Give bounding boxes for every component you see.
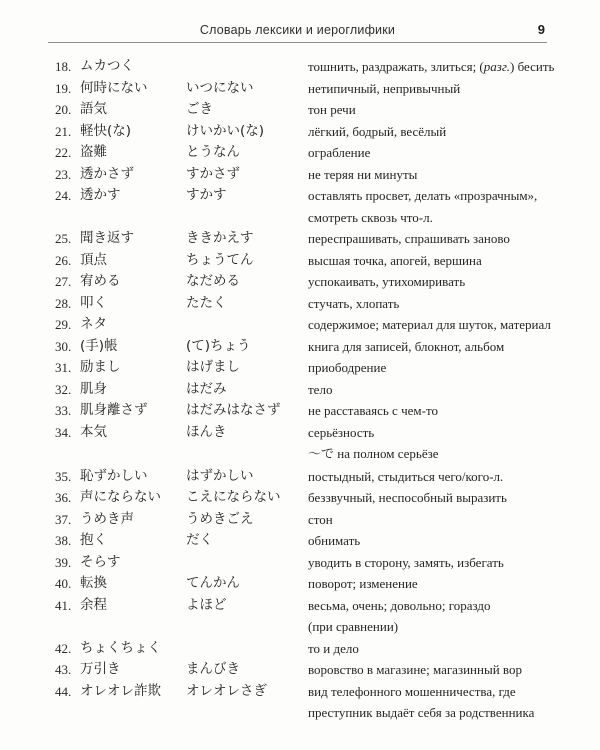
translation-line: тело [308, 379, 578, 401]
reading-kana: よほど [186, 595, 308, 638]
japanese-word: 抱く [80, 530, 186, 552]
translation-line: не теряя ни минуты [308, 164, 578, 186]
entry-number: 20. [55, 99, 80, 121]
translation-line: весьма, очень; довольно; гораздо [308, 595, 578, 617]
reading-kana: たたく [186, 293, 308, 315]
japanese-word: 何時にない [80, 78, 186, 100]
translation-line: оставлять просвет, делать «прозрачным», [308, 185, 578, 207]
translation-line: поворот; изменение [308, 573, 578, 595]
reading-kana: とうなん [186, 142, 308, 164]
translation-line: ограбление [308, 142, 578, 164]
translation-line: тон речи [308, 99, 578, 121]
japanese-word: 軽快(な) [80, 121, 186, 143]
translation-line: то и дело [308, 638, 578, 660]
vocab-entry: 18. ムカつく тошнить, раздражать, злиться; (… [55, 56, 590, 78]
vocab-entry: 38. 抱く だく обнимать [55, 530, 590, 552]
reading-kana: はげまし [186, 357, 308, 379]
vocab-entry: 32. 肌身 はだみ тело [55, 379, 590, 401]
russian-translation: не расставаясь с чем-то [308, 400, 578, 422]
russian-translation: уводить в сторону, замять, избегать [308, 552, 578, 574]
russian-translation: ограбление [308, 142, 578, 164]
vocab-entry: 31. 励まし はげまし приободрение [55, 357, 590, 379]
russian-translation: книга для записей, блокнот, альбом [308, 336, 578, 358]
vocab-entry: 20. 語気 ごき тон речи [55, 99, 590, 121]
russian-translation: высшая точка, апогей, вершина [308, 250, 578, 272]
translation-line: успокаивать, утихомиривать [308, 271, 578, 293]
entry-number: 26. [55, 250, 80, 272]
vocab-entry: 40. 転換 てんかん поворот; изменение [55, 573, 590, 595]
japanese-word: ちょくちょく [80, 638, 186, 660]
russian-translation: беззвучный, неспособный выразить [308, 487, 578, 509]
japanese-word: ムカつく [80, 56, 186, 78]
entry-number: 39. [55, 552, 80, 574]
header-title: Словарь лексики и иероглифики [48, 23, 547, 37]
reading-kana: はだみはなさず [186, 400, 308, 422]
entry-number: 21. [55, 121, 80, 143]
entry-number: 38. [55, 530, 80, 552]
entry-number: 28. [55, 293, 80, 315]
russian-translation: стучать, хлопать [308, 293, 578, 315]
translation-line: нетипичный, непривычный [308, 78, 578, 100]
japanese-word: 恥ずかしい [80, 466, 186, 488]
entry-number: 18. [55, 56, 80, 78]
vocab-entry: 34. 本気 ほんき серьёзность～で на полном серьё… [55, 422, 590, 466]
running-header: Словарь лексики и иероглифики 9 [48, 22, 547, 40]
russian-translation: весьма, очень; довольно; гораздо(при сра… [308, 595, 578, 638]
vocab-entry: 33. 肌身離さず はだみはなさず не расставаясь с чем-т… [55, 400, 590, 422]
reading-kana [186, 56, 308, 78]
header-rule [48, 42, 547, 43]
document-page: Словарь лексики и иероглифики 9 18. ムカつく… [0, 0, 600, 750]
reading-kana: けいかい(な) [186, 121, 308, 143]
translation-line: ～で на полном серьёзе [308, 443, 578, 466]
japanese-word: 叩く [80, 293, 186, 315]
vocab-entry: 30. (手)帳 (て)ちょう книга для записей, блокн… [55, 336, 590, 358]
russian-translation: оставлять просвет, делать «прозрачным»,с… [308, 185, 578, 228]
russian-translation: нетипичный, непривычный [308, 78, 578, 100]
japanese-word: 頂点 [80, 250, 186, 272]
reading-kana: なだめる [186, 271, 308, 293]
reading-kana: こえにならない [186, 487, 308, 509]
entry-number: 25. [55, 228, 80, 250]
translation-line: преступник выдаёт себя за родственника [308, 702, 578, 724]
vocab-entry: 23. 透かさず すかさず не теряя ни минуты [55, 164, 590, 186]
vocab-entry: 19. 何時にない いつにない нетипичный, непривычный [55, 78, 590, 100]
entry-number: 23. [55, 164, 80, 186]
translation-line: вид телефонного мошенничества, где [308, 681, 578, 703]
reading-kana: (て)ちょう [186, 336, 308, 358]
japanese-word: うめき声 [80, 509, 186, 531]
page-number: 9 [538, 22, 545, 37]
russian-translation: переспрашивать, спрашивать заново [308, 228, 578, 250]
entry-number: 31. [55, 357, 80, 379]
vocab-entry: 22. 盗難 とうなん ограбление [55, 142, 590, 164]
japanese-word: そらす [80, 552, 186, 574]
japanese-word: 語気 [80, 99, 186, 121]
russian-translation: серьёзность～で на полном серьёзе [308, 422, 578, 466]
vocab-entry: 26. 頂点 ちょうてん высшая точка, апогей, верши… [55, 250, 590, 272]
entry-number: 40. [55, 573, 80, 595]
reading-kana [186, 638, 308, 660]
japanese-word: (手)帳 [80, 336, 186, 358]
entry-number: 22. [55, 142, 80, 164]
translation-line: книга для записей, блокнот, альбом [308, 336, 578, 358]
vocab-entry: 44. オレオレ詐欺 オレオレさぎ вид телефонного мошенн… [55, 681, 590, 724]
russian-translation: вид телефонного мошенничества, гдепресту… [308, 681, 578, 724]
entry-number: 36. [55, 487, 80, 509]
reading-kana: はだみ [186, 379, 308, 401]
translation-line: (при сравнении) [308, 616, 578, 638]
russian-translation: тошнить, раздражать, злиться; (разг.) бе… [308, 56, 578, 78]
vocab-entry: 35. 恥ずかしい はずかしい постыдный, стыдиться чег… [55, 466, 590, 488]
translation-line: приободрение [308, 357, 578, 379]
russian-translation: лёгкий, бодрый, весёлый [308, 121, 578, 143]
reading-kana: すかさず [186, 164, 308, 186]
entry-number: 44. [55, 681, 80, 724]
vocab-entry: 36. 声にならない こえにならない беззвучный, неспособн… [55, 487, 590, 509]
russian-translation: обнимать [308, 530, 578, 552]
reading-kana: うめきごえ [186, 509, 308, 531]
japanese-word: 励まし [80, 357, 186, 379]
russian-translation: приободрение [308, 357, 578, 379]
russian-translation: воровство в магазине; магазинный вор [308, 659, 578, 681]
translation-line: обнимать [308, 530, 578, 552]
japanese-word: 本気 [80, 422, 186, 466]
translation-line: тошнить, раздражать, злиться; (разг.) бе… [308, 56, 578, 78]
reading-kana [186, 552, 308, 574]
entry-number: 27. [55, 271, 80, 293]
translation-line: уводить в сторону, замять, избегать [308, 552, 578, 574]
translation-line: стучать, хлопать [308, 293, 578, 315]
vocab-entry: 25. 聞き返す ききかえす переспрашивать, спрашиват… [55, 228, 590, 250]
entry-number: 34. [55, 422, 80, 466]
reading-kana: オレオレさぎ [186, 681, 308, 724]
reading-kana [186, 314, 308, 336]
entry-number: 32. [55, 379, 80, 401]
reading-kana: すかす [186, 185, 308, 228]
japanese-word: 透かさず [80, 164, 186, 186]
vocab-entry: 43. 万引き まんびき воровство в магазине; магаз… [55, 659, 590, 681]
japanese-word: 肌身 [80, 379, 186, 401]
russian-translation: содержимое; материал для шуток, материал [308, 314, 578, 336]
russian-translation: поворот; изменение [308, 573, 578, 595]
reading-kana: てんかん [186, 573, 308, 595]
japanese-word: 透かす [80, 185, 186, 228]
translation-line: беззвучный, неспособный выразить [308, 487, 578, 509]
entry-number: 37. [55, 509, 80, 531]
entry-number: 33. [55, 400, 80, 422]
reading-kana: まんびき [186, 659, 308, 681]
entry-number: 29. [55, 314, 80, 336]
reading-kana: ききかえす [186, 228, 308, 250]
vocab-entry: 21. 軽快(な) けいかい(な) лёгкий, бодрый, весёлы… [55, 121, 590, 143]
vocab-entry: 24. 透かす すかす оставлять просвет, делать «п… [55, 185, 590, 228]
translation-line: постыдный, стыдиться чего/кого-л. [308, 466, 578, 488]
japanese-word: 肌身離さず [80, 400, 186, 422]
vocab-list: 18. ムカつく тошнить, раздражать, злиться; (… [0, 56, 600, 724]
japanese-word: ネタ [80, 314, 186, 336]
vocab-entry: 41. 余程 よほど весьма, очень; довольно; гора… [55, 595, 590, 638]
russian-translation: не теряя ни минуты [308, 164, 578, 186]
vocab-entry: 37. うめき声 うめきごえ стон [55, 509, 590, 531]
japanese-word: 余程 [80, 595, 186, 638]
russian-translation: стон [308, 509, 578, 531]
japanese-word: 転換 [80, 573, 186, 595]
reading-kana: ほんき [186, 422, 308, 466]
translation-line: смотреть сквозь что-л. [308, 207, 578, 229]
translation-line: не расставаясь с чем-то [308, 400, 578, 422]
translation-line: серьёзность [308, 422, 578, 444]
translation-line: стон [308, 509, 578, 531]
vocab-entry: 28. 叩く たたく стучать, хлопать [55, 293, 590, 315]
vocab-entry: 42. ちょくちょく то и дело [55, 638, 590, 660]
translation-line: переспрашивать, спрашивать заново [308, 228, 578, 250]
entry-number: 35. [55, 466, 80, 488]
reading-kana: だく [186, 530, 308, 552]
reading-kana: いつにない [186, 78, 308, 100]
japanese-word: 盗難 [80, 142, 186, 164]
japanese-word: オレオレ詐欺 [80, 681, 186, 724]
translation-line: лёгкий, бодрый, весёлый [308, 121, 578, 143]
vocab-entry: 39. そらす уводить в сторону, замять, избег… [55, 552, 590, 574]
translation-line: высшая точка, апогей, вершина [308, 250, 578, 272]
vocab-entry: 27. 宥める なだめる успокаивать, утихомиривать [55, 271, 590, 293]
russian-translation: то и дело [308, 638, 578, 660]
japanese-word: 聞き返す [80, 228, 186, 250]
japanese-word: 声にならない [80, 487, 186, 509]
japanese-word: 万引き [80, 659, 186, 681]
russian-translation: тон речи [308, 99, 578, 121]
reading-kana: ちょうてん [186, 250, 308, 272]
entry-number: 30. [55, 336, 80, 358]
entry-number: 24. [55, 185, 80, 228]
vocab-entry: 29. ネタ содержимое; материал для шуток, м… [55, 314, 590, 336]
entry-number: 19. [55, 78, 80, 100]
russian-translation: тело [308, 379, 578, 401]
entry-number: 42. [55, 638, 80, 660]
reading-kana: ごき [186, 99, 308, 121]
russian-translation: успокаивать, утихомиривать [308, 271, 578, 293]
translation-line: содержимое; материал для шуток, материал [308, 314, 578, 336]
russian-translation: постыдный, стыдиться чего/кого-л. [308, 466, 578, 488]
entry-number: 43. [55, 659, 80, 681]
reading-kana: はずかしい [186, 466, 308, 488]
japanese-word: 宥める [80, 271, 186, 293]
entry-number: 41. [55, 595, 80, 638]
translation-line: воровство в магазине; магазинный вор [308, 659, 578, 681]
